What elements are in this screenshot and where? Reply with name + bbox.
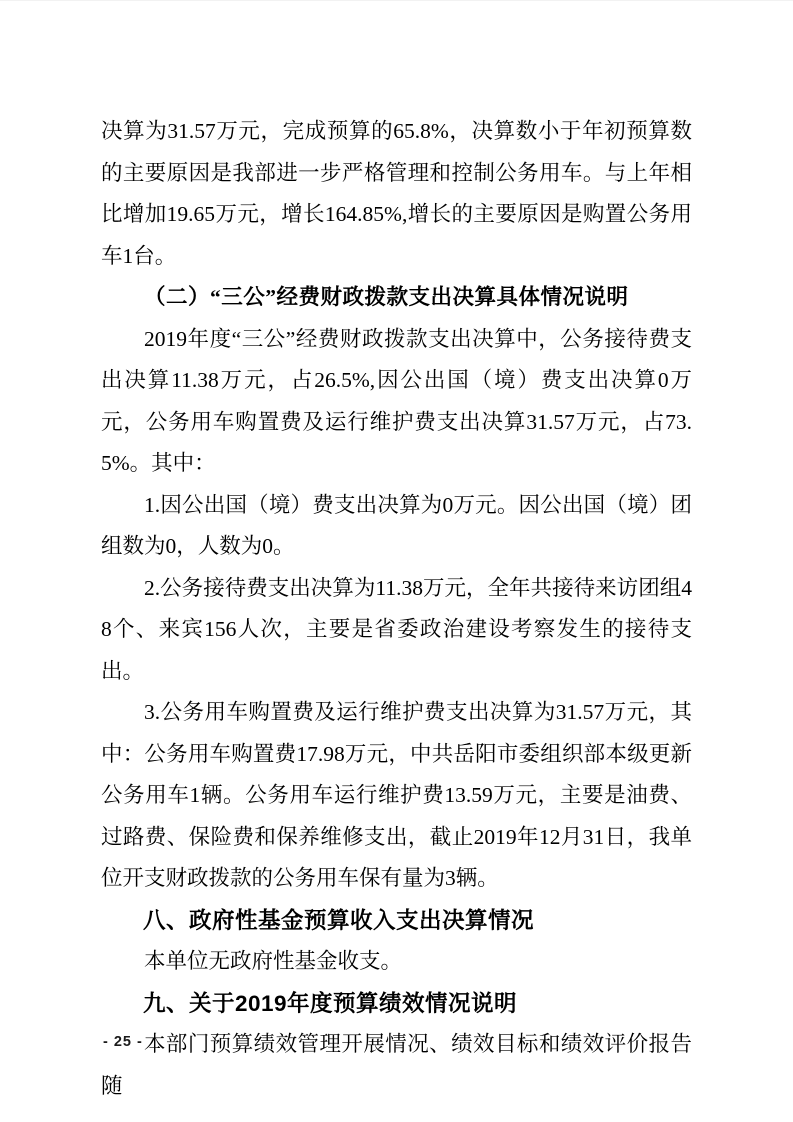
section-heading-9-performance: 九、关于2019年度预算绩效情况说明 — [101, 983, 692, 1025]
page-content: 决算为31.57万元，完成预算的65.8%，决算数小于年初预算数的主要原因是我部… — [101, 111, 692, 1107]
paragraph-sangong-overview: 2019年度“三公”经费财政拨款支出决算中，公务接待费支出决算11.38万元，占… — [101, 319, 692, 485]
paragraph-gov-fund-none: 本单位无政府性基金收支。 — [101, 941, 692, 983]
section-heading-8-gov-fund: 八、政府性基金预算收入支出决算情况 — [101, 900, 692, 942]
document-page: 决算为31.57万元，完成预算的65.8%，决算数小于年初预算数的主要原因是我部… — [0, 0, 793, 1122]
page-number: - 25 - — [103, 1034, 143, 1050]
list-item-vehicle-expense: 3.公务用车购置费及运行维护费支出决算为31.57万元，其中：公务用车购置费17… — [101, 692, 692, 900]
paragraph-performance-intro: 本部门预算绩效管理开展情况、绩效目标和绩效评价报告随 — [101, 1024, 692, 1107]
subsection-heading-sangong-detail: （二）“三公”经费财政拨款支出决算具体情况说明 — [101, 277, 692, 319]
list-item-reception-expense: 2.公务接待费支出决算为11.38万元，全年共接待来访团组48个、来宾156人次… — [101, 568, 692, 693]
paragraph-vehicle-budget-carryover: 决算为31.57万元，完成预算的65.8%，决算数小于年初预算数的主要原因是我部… — [101, 111, 692, 277]
list-item-abroad-expense: 1.因公出国（境）费支出决算为0万元。因公出国（境）团组数为0，人数为0。 — [101, 485, 692, 568]
